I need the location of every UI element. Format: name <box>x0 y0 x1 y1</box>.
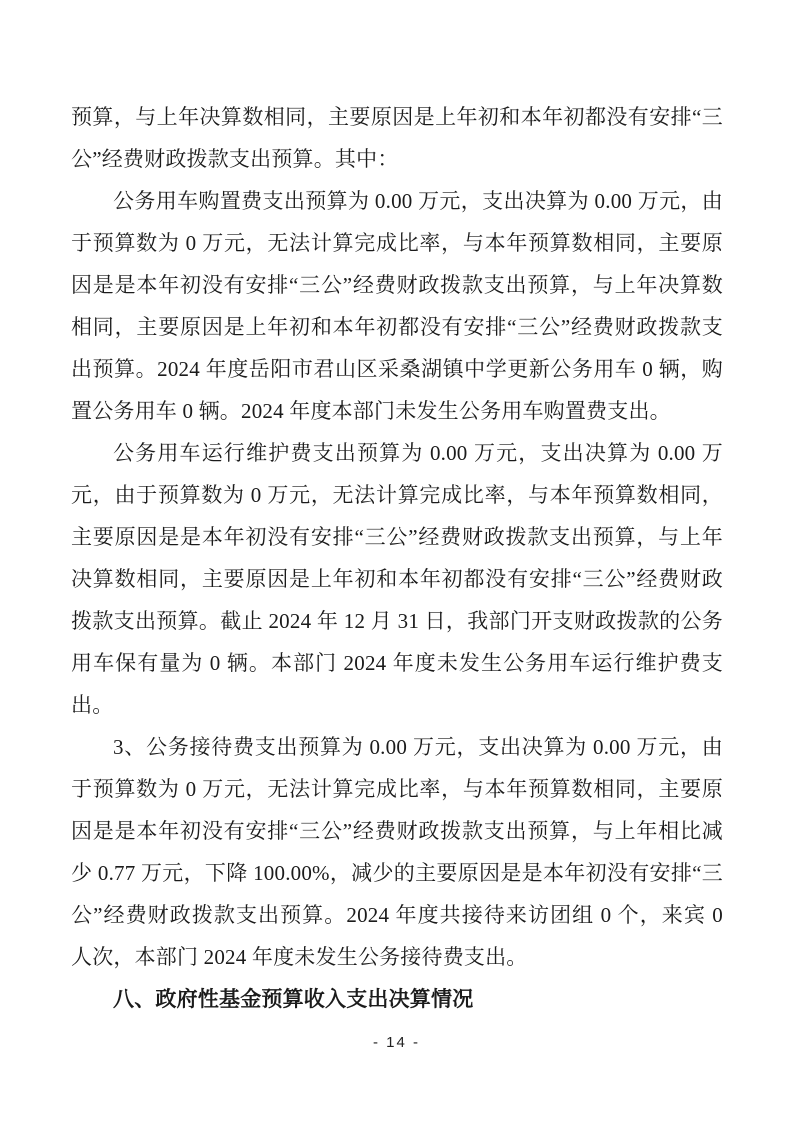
page-number: - 14 - <box>0 1032 793 1054</box>
paragraph-official-reception: 3、公务接待费支出预算为 0.00 万元，支出决算为 0.00 万元，由于预算数… <box>71 726 723 978</box>
paragraph-continuation: 预算，与上年决算数相同，主要原因是上年初和本年初都没有安排“三公”经费财政拨款支… <box>71 96 723 180</box>
document-page: 预算，与上年决算数相同，主要原因是上年初和本年初都没有安排“三公”经费财政拨款支… <box>0 0 793 1122</box>
paragraph-vehicle-maintenance: 公务用车运行维护费支出预算为 0.00 万元，支出决算为 0.00 万元，由于预… <box>71 432 723 726</box>
paragraph-vehicle-purchase: 公务用车购置费支出预算为 0.00 万元，支出决算为 0.00 万元，由于预算数… <box>71 180 723 432</box>
section-heading-government-fund-budget: 八、政府性基金预算收入支出决算情况 <box>71 978 723 1020</box>
document-body: 预算，与上年决算数相同，主要原因是上年初和本年初都没有安排“三公”经费财政拨款支… <box>71 96 723 1020</box>
